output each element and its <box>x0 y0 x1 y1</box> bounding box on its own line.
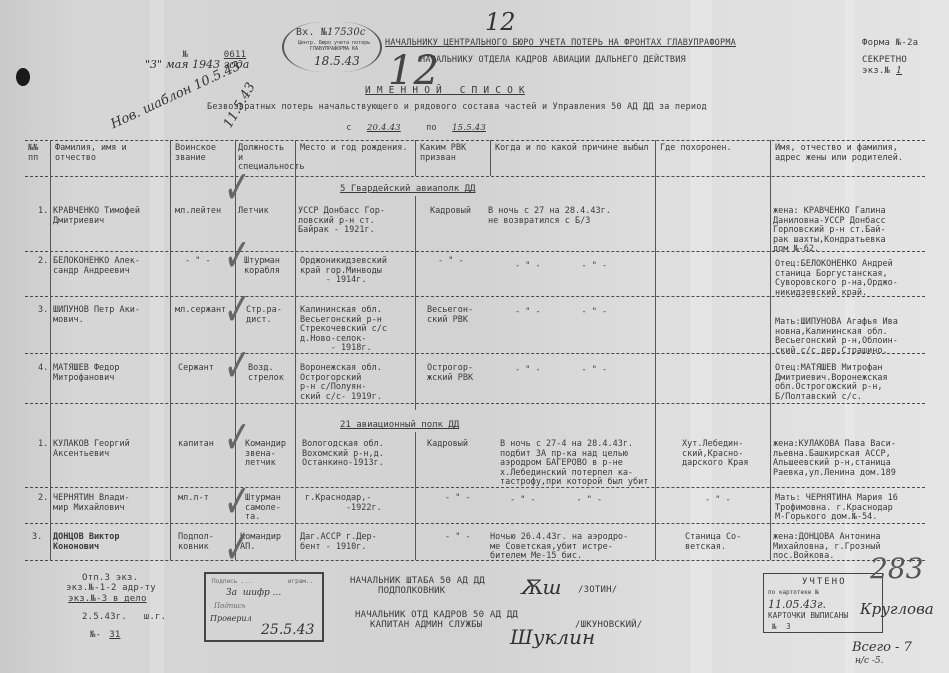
row-rank: мл.л-т <box>178 494 209 504</box>
check-mark-icon: ✓ <box>224 282 251 336</box>
signer-1-name: /ЗОТИН/ <box>578 585 617 595</box>
row-rvk: Кадровый <box>430 207 471 217</box>
archive-number: 283 <box>870 552 923 585</box>
column-divider <box>415 432 416 560</box>
dispatch-number: №-31 <box>90 630 129 640</box>
row-divider <box>25 403 925 404</box>
checked-stamp-date: 25.5.43 <box>261 622 314 638</box>
row-cause: - " - - " - <box>510 496 602 506</box>
row-birth: г.Краснодар,- -1922г. <box>305 494 382 513</box>
period: с 20.4.43 по 15.5.43 <box>325 113 506 143</box>
checked-stamp-line: За шифр ... <box>226 588 281 598</box>
table-border <box>25 140 925 141</box>
total-count: Всего - 7 <box>852 640 912 655</box>
copies-line-2: экз.№-1-2 адр-ту <box>66 583 156 593</box>
row-position: Командир звена- летчик <box>245 440 286 469</box>
column-divider <box>655 140 656 560</box>
column-divider <box>415 196 416 410</box>
row-buried: Хут.Лебедин- ский,Красно- дарского Края <box>682 440 749 469</box>
row-name: КУЛАКОВ Георгий Аксентьевич <box>53 440 130 459</box>
row-number: 2. <box>38 494 48 504</box>
row-number: 2. <box>38 257 48 267</box>
row-relatives: Отец:БЕЛОКОНЕНКО Андрей станица Боргуста… <box>775 260 898 298</box>
row-number: 3. <box>38 306 48 316</box>
column-divider <box>295 140 296 560</box>
row-divider <box>25 523 925 524</box>
col-header-buried: Где похоронен. <box>660 144 765 154</box>
check-mark-icon: ✓ <box>224 228 251 282</box>
addressee-line-1: НАЧАЛЬНИКУ ЦЕНТРАЛЬНОГО БЮРО УЧЕТА ПОТЕР… <box>385 38 736 48</box>
col-header-number: №№ пп <box>28 144 48 163</box>
secret-label: СЕКРЕТНО <box>862 55 907 65</box>
row-rvk: - " - <box>445 533 471 543</box>
row-number: 1. <box>38 440 48 450</box>
row-rank: Подпол- ковник <box>178 533 214 552</box>
incoming-stamp-date: 18.5.43 <box>314 54 360 68</box>
checked-stamp-line: Подпись <box>214 602 246 610</box>
row-name: ШИПУНОВ Петр Аки- мович. <box>53 306 140 325</box>
archival-document-page: № 0611 "3" мая 1943 года Вх. №17530с Цен… <box>0 0 949 673</box>
row-number: 4. <box>38 364 48 374</box>
registered-stamp-line: КАРТОЧКИ ВЫПИСАНЫ <box>768 611 848 621</box>
row-birth: Вологодская обл. Вохомский р-н,д. Останк… <box>302 440 384 469</box>
signature-2: Шуклин <box>510 625 595 649</box>
col-header-name: Фамилия, имя и отчество <box>55 144 167 163</box>
check-mark-icon: ✓ <box>224 410 251 464</box>
registered-by-signature: Круглова <box>860 600 934 618</box>
signature-1: Ѫш <box>520 575 561 599</box>
col-header-birth: Место и год рождения. <box>300 144 410 154</box>
col-header-cause: Когда и по какой причине выбыл <box>495 144 650 154</box>
row-birth: Даг.АССР г.Дер- бент - 1910г. <box>300 533 377 552</box>
row-name: ДОНЦОВ Виктор Кононович <box>53 533 120 552</box>
row-name: БЕЛОКОНЕНКО Алек- сандр Андреевич <box>53 257 140 276</box>
row-position: Возд. стрелок <box>248 364 284 383</box>
row-cause: - " - - " - <box>515 308 607 318</box>
signer-1-title: НАЧАЛЬНИК ШТАБА 50 АД ДД <box>350 576 485 586</box>
row-relatives: Отец:МАТЯШЕВ Митрофан Дмитриевич.Воронеж… <box>775 364 888 402</box>
column-divider <box>490 140 491 176</box>
row-rank: капитан <box>178 440 214 450</box>
row-cause: - " - - " - <box>515 366 607 376</box>
check-mark-icon: ✓ <box>224 160 251 214</box>
row-buried: Станица Со- ветская. <box>685 533 741 552</box>
row-divider <box>25 487 925 488</box>
incoming-stamp-number: Вх. №17530с <box>296 28 366 38</box>
checked-stamp: Подпись ... играм.. За шифр ... Подпись … <box>204 572 324 642</box>
column-divider <box>50 140 51 560</box>
registered-stamp-title: УЧТЕНО <box>802 577 847 587</box>
row-number: 3. <box>32 533 42 543</box>
signer-2-title: НАЧАЛЬНИК ОТД КАДРОВ 50 АД ДД <box>355 610 518 620</box>
row-name: КРАВЧЕНКО Тимофей Дмитриевич <box>53 207 140 226</box>
registered-stamp-line: № 3 <box>772 622 791 632</box>
column-divider <box>770 140 771 560</box>
registered-stamp-line: по картотеке № <box>768 589 819 596</box>
registered-stamp-date: 11.05.43г. <box>768 598 826 611</box>
row-name: ЧЕРНЯТИН Влади- мир Михайлович <box>53 494 130 513</box>
col-header-relatives: Имя, отчество и фамилия, адрес жены или … <box>775 144 925 163</box>
paper-fold <box>690 0 712 673</box>
checked-stamp-line: Подпись ... играм.. <box>212 578 313 585</box>
punch-hole <box>16 68 30 86</box>
total-count-sub: н/с -5. <box>855 656 884 666</box>
dispatch-date: 2.5.43г. ш.г. <box>82 612 166 622</box>
check-mark-icon: ✓ <box>224 520 251 574</box>
row-rvk: Весьегон- ский РВК <box>427 306 473 325</box>
row-birth: Орджоникидзевский край гор.Минводы - 191… <box>300 257 387 286</box>
checked-stamp-label: Проверил <box>210 614 252 623</box>
row-birth: Калининская обл. Весьегонский р-н Стреко… <box>300 306 387 354</box>
section-title: 5 Гвардейский авиаполк ДД <box>340 185 475 195</box>
row-number: 1. <box>38 207 48 217</box>
row-position: Стр.ра- дист. <box>246 306 282 325</box>
row-relatives: жена: КРАВЧЕНКО Галина Даниловна-УССР До… <box>773 207 886 255</box>
row-rank: мл.сержант <box>175 306 226 316</box>
row-birth: УССР Донбасс Гор- ловский р-н ст. Байрак… <box>298 207 385 236</box>
incoming-stamp-org: Центр. Бюро учета потерь ГЛАВУПРАФОРМА К… <box>288 40 380 52</box>
page-number-handwritten: 12 <box>485 8 516 36</box>
table-border <box>25 176 925 177</box>
row-relatives: Мать:ШИПУНОВА Агафья Ива новна,Калининск… <box>775 318 898 356</box>
column-divider <box>170 140 171 560</box>
row-rank: мл.лейтен <box>175 207 221 217</box>
row-cause: - " - - " - <box>515 262 607 272</box>
copies-line-3: экз.№-3 в дело <box>68 594 147 604</box>
row-rvk: Острогор- жский РВК <box>427 364 473 383</box>
signer-1-rank: ПОДПОЛКОВНИК <box>378 586 445 596</box>
addressee-line-2: НАЧАЛЬНИКУ ОТДЕЛА КАДРОВ АВИАЦИИ ДАЛЬНЕГ… <box>420 55 686 65</box>
row-relatives: Мать: ЧЕРНЯТИНА Мария 16 Трофимовна. г.К… <box>775 494 898 523</box>
incoming-stamp: Вх. №17530с Центр. Бюро учета потерь ГЛА… <box>282 22 382 72</box>
row-cause: В ночь с 27-4 на 28.4.43г. подбит ЗА пр-… <box>500 440 648 488</box>
row-relatives: жена:ДОНЦОВА Антонина Михайловна, г.Гроз… <box>773 533 880 562</box>
column-divider <box>415 140 416 176</box>
copy-number: экз.№1 <box>862 66 908 76</box>
row-buried: - " - <box>705 496 731 506</box>
row-cause: В ночь с 27 на 28.4.43г. не возвратился … <box>488 207 611 226</box>
row-rvk: Кадровый <box>427 440 468 450</box>
check-mark-icon: ✓ <box>224 338 251 392</box>
document-subtitle: Безвозвратных потерь начальствующего и р… <box>207 102 707 112</box>
col-header-rvk: Каким РВК призван <box>420 144 488 163</box>
section-title: 21 авиационный полк ДД <box>340 421 459 431</box>
row-name: МАТЯШЕВ Федор Митрофанович <box>53 364 120 383</box>
signer-2-rank: КАПИТАН АДМИН СЛУЖБЫ <box>370 620 482 630</box>
row-birth: Воронежская обл. Острогорский р-н с/Полу… <box>300 364 382 402</box>
row-rank: - " - <box>185 257 211 267</box>
document-title: И М Е Н Н О Й С П И С О К <box>365 86 525 96</box>
form-label: Форма №-2а <box>862 38 918 48</box>
row-cause: Ночью 26.4.43г. на аэродро- ме Советская… <box>490 533 628 562</box>
row-rvk: - " - <box>438 257 464 267</box>
row-relatives: жена:КУЛАКОВА Пава Васи- льевна.Башкирск… <box>773 440 896 478</box>
row-rvk: - " - <box>445 494 471 504</box>
row-rank: Сержант <box>178 364 214 374</box>
copies-line-1: Отп.3 экз. <box>82 573 138 583</box>
